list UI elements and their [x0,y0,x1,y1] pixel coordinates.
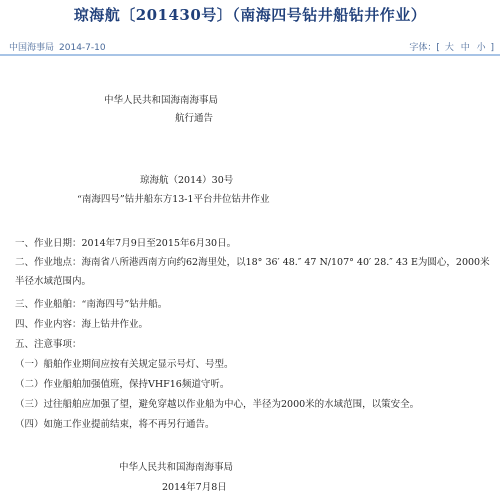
page-title: 琼海航〔201430号〕（南海四号钻井船钻井作业） [0,4,500,25]
item-vessel: 三、作业船舶：“南海四号”钻井船。 [15,296,167,310]
note-3: （三）过往船舶应加强了望，避免穿越以作业船为中心，半径为2000米的水域范围，以… [15,396,419,410]
font-size-close-bracket: ] [490,43,494,53]
signature: 中华人民共和国海南海事局 [119,459,233,473]
notice-type: 航行通告 [175,110,213,124]
font-size-small-link[interactable]: 小 [477,43,486,53]
issuer: 中华人民共和国海南海事局 [104,92,218,106]
doc-number: 琼海航（2014）30号 [140,172,233,186]
font-size-large-link[interactable]: 大 [445,43,454,53]
publish-date: 2014-7-10 [59,43,106,53]
note-4: （四）如施工作业提前结束，将不再另行通告。 [15,416,215,430]
item-location: 二、作业地点：海南省八所港西南方向约62海里处，以18° 36′ 48.″ 47… [15,254,490,268]
item-date: 一、作业日期：2014年7月9日至2015年6月30日。 [15,235,236,249]
font-size-selector: 字体：[ 大 中 小 ] [409,40,494,53]
source-info: 中国海事局2014-7-10 [9,40,106,53]
font-size-label: 字体：[ [409,43,440,53]
signature-date: 2014年7月8日 [162,479,227,493]
font-size-medium-link[interactable]: 中 [461,43,470,53]
item-notes-heading: 五、注意事项： [15,336,82,350]
note-1: （一）船舶作业期间应按有关规定显示号灯、号型。 [15,356,234,370]
header-divider [0,54,500,56]
source-name: 中国海事局 [9,43,54,53]
item-content: 四、作业内容：海上钻井作业。 [15,316,148,330]
meta-bar: 中国海事局2014-7-10 字体：[ 大 中 小 ] [0,40,500,54]
item-location-cont: 半径水域范围内。 [15,273,91,287]
note-2: （二）作业船舶加强值班，保持VHF16频道守听。 [15,376,229,390]
doc-subject: “南海四号”钻井船东方13-1平台井位钻井作业 [77,191,270,205]
